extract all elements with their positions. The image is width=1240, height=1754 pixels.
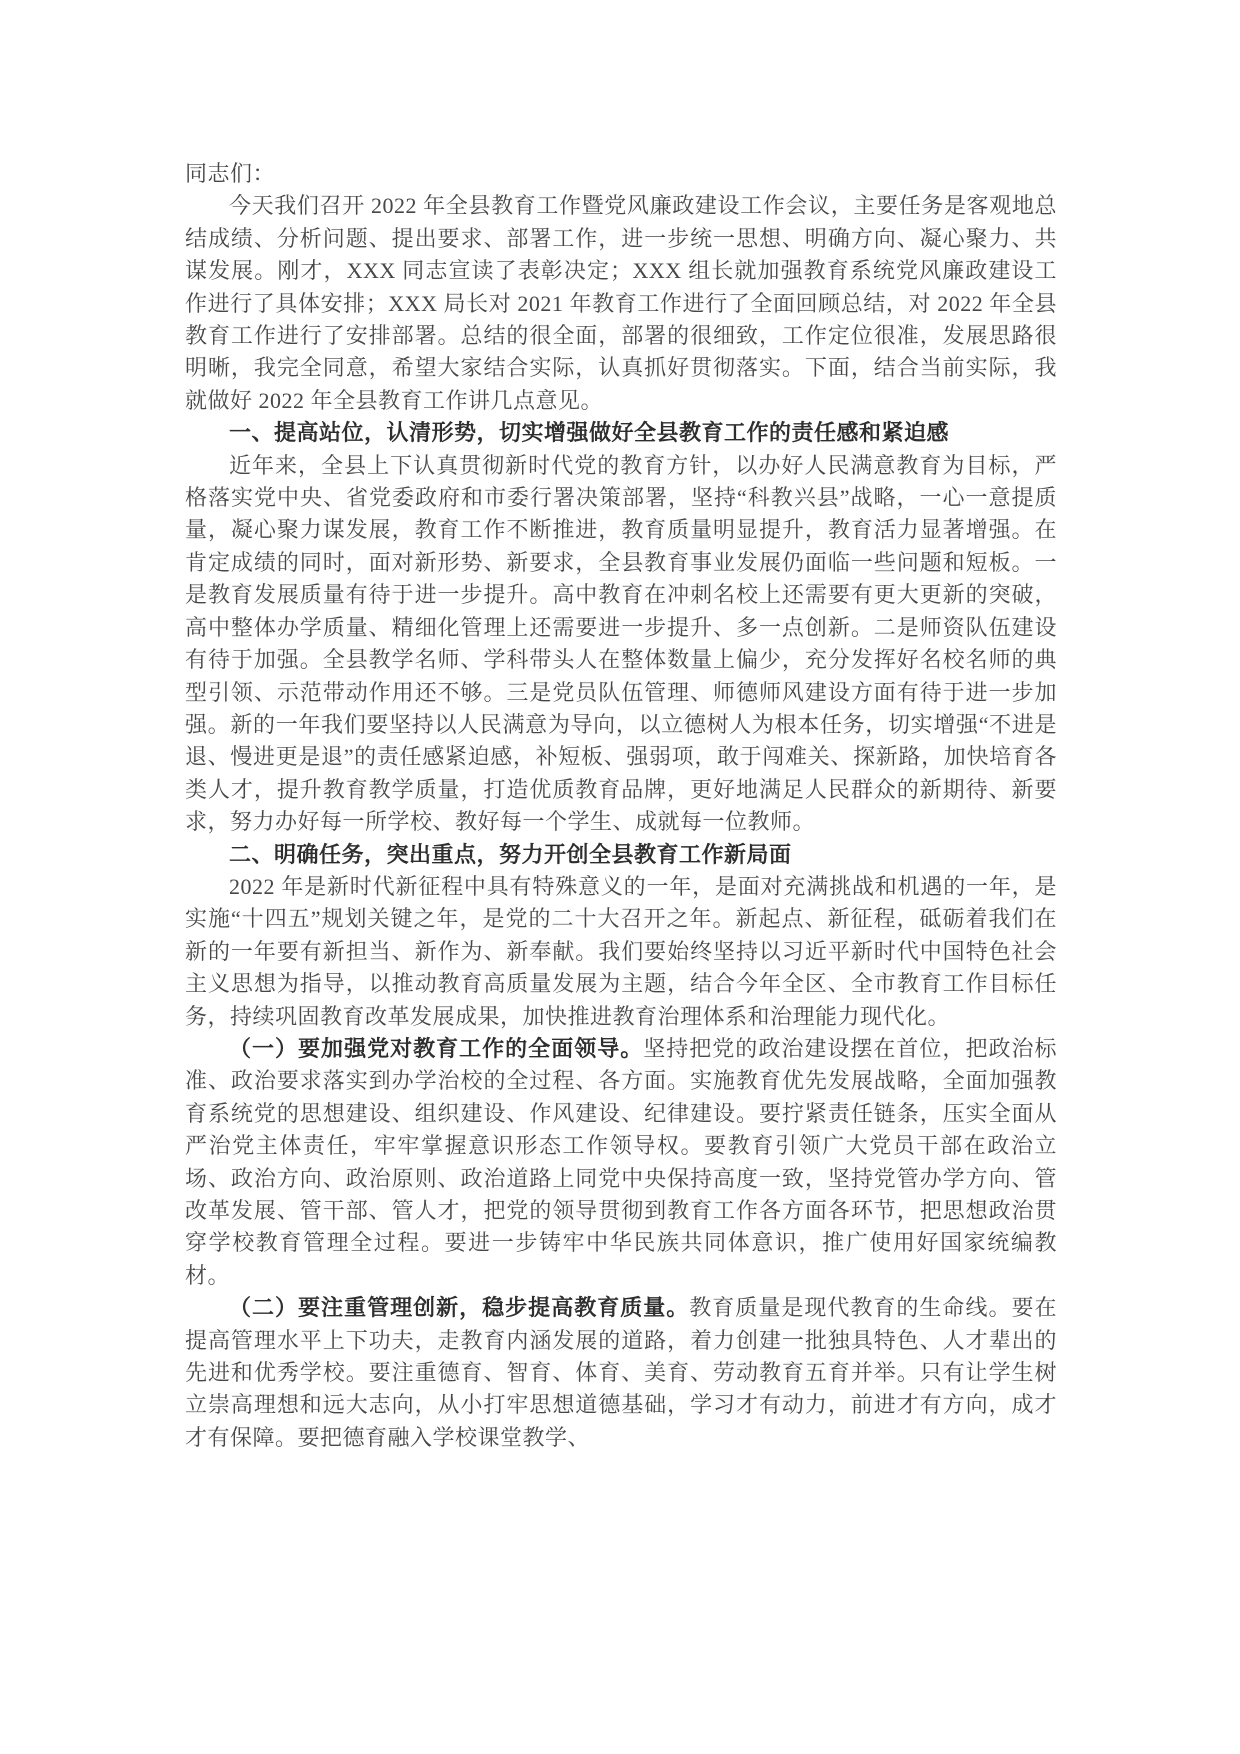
point-2-lead: （二）要注重管理创新，稳步提高教育质量。 [229, 1295, 689, 1320]
section-heading-1: 一、提高站位，认清形势，切实增强做好全县教育工作的责任感和紧迫感 [185, 417, 1057, 449]
section-heading-2: 二、明确任务，突出重点，努力开创全县教育工作新局面 [185, 839, 1057, 871]
salutation: 同志们： [185, 158, 1057, 190]
paragraph-opening: 今天我们召开 2022 年全县教育工作暨党风廉政建设工作会议，主要任务是客观地总… [185, 190, 1057, 417]
paragraph-section-1: 近年来，全县上下认真贯彻新时代党的教育方针，以办好人民满意教育为目标，严格落实党… [185, 450, 1057, 839]
paragraph-point-2: （二）要注重管理创新，稳步提高教育质量。教育质量是现代教育的生命线。要在提高管理… [185, 1292, 1057, 1454]
document-page: 同志们： 今天我们召开 2022 年全县教育工作暨党风廉政建设工作会议，主要任务… [185, 158, 1057, 1454]
paragraph-section-2-intro: 2022 年是新时代新征程中具有特殊意义的一年，是面对充满挑战和机遇的一年，是实… [185, 871, 1057, 1033]
point-1-body: 坚持把党的政治建设摆在首位，把政治标准、政治要求落实到办学治校的全过程、各方面。… [185, 1036, 1057, 1288]
paragraph-point-1: （一）要加强党对教育工作的全面领导。坚持把党的政治建设摆在首位，把政治标准、政治… [185, 1033, 1057, 1292]
point-1-lead: （一）要加强党对教育工作的全面领导。 [229, 1036, 643, 1061]
